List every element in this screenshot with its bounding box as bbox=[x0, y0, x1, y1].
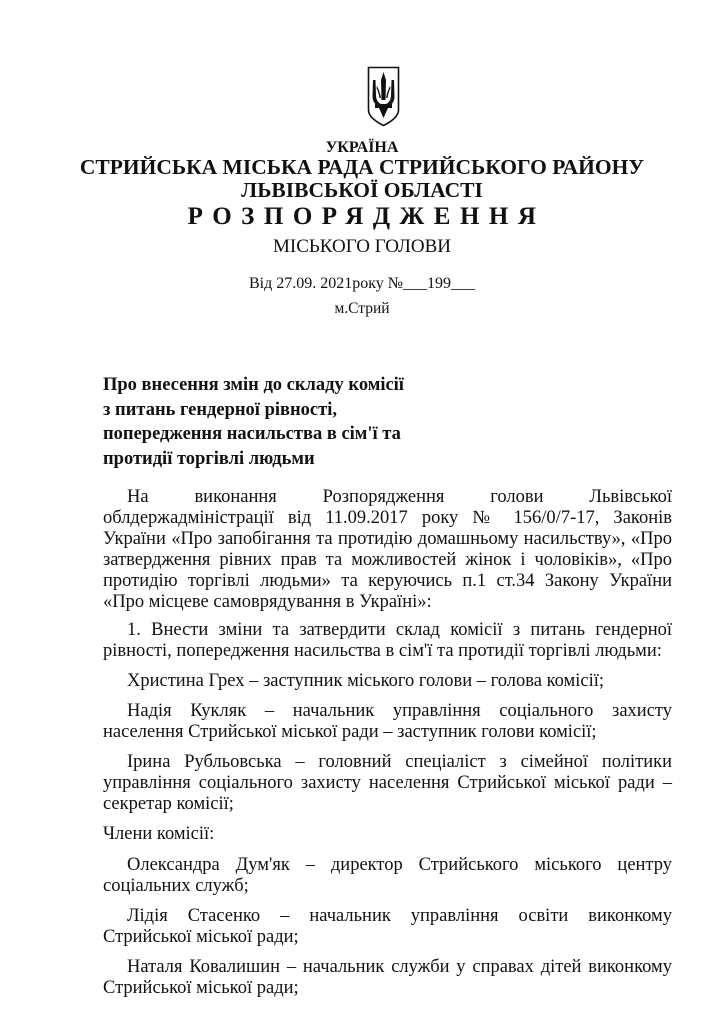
document-type-title: РОЗПОРЯДЖЕННЯ bbox=[0, 203, 724, 231]
commission-head-entry: Христина Грех – заступник міського голов… bbox=[103, 671, 672, 692]
council-name: СТРИЙСЬКА МІСЬКА РАДА СТРИЙСЬКОГО РАЙОНУ bbox=[0, 155, 724, 179]
member-entry: Наталя Ковалишин – начальник служби у сп… bbox=[103, 957, 672, 999]
members-heading: Члени комісії: bbox=[103, 824, 672, 845]
subject-line: з питань гендерної рівності, bbox=[103, 398, 423, 423]
date-number-line: Від 27.09. 2021року №___199___ bbox=[0, 275, 724, 293]
member-entry: Лідія Стасенко – начальник управління ос… bbox=[103, 906, 672, 948]
commission-secretary-entry: Ірина Рубльовська – головний спеціаліст … bbox=[103, 752, 672, 815]
subject-line: Про внесення змін до складу комісії bbox=[103, 373, 423, 398]
number-blank-after: ___ bbox=[451, 275, 475, 292]
place-of-issue: м.Стрий bbox=[0, 300, 724, 318]
document-body: На виконання Розпорядження голови Львівс… bbox=[103, 487, 672, 1008]
document-number: 199 bbox=[427, 275, 451, 292]
number-blank-before: ___ bbox=[403, 275, 427, 292]
preamble-paragraph: На виконання Розпорядження голови Львівс… bbox=[103, 487, 672, 613]
oblast-name: ЛЬВІВСЬКОЇ ОБЛАСТІ bbox=[0, 178, 724, 202]
item-1-paragraph: 1. Внести зміни та затвердити склад комі… bbox=[103, 620, 672, 662]
member-entry: Олександра Дум'як – директор Стрийського… bbox=[103, 855, 672, 897]
date-text: Від 27.09. 2021року № bbox=[249, 275, 403, 292]
subject-heading: Про внесення змін до складу комісії з пи… bbox=[103, 373, 423, 471]
subject-line: протидії торгівлі людьми bbox=[103, 447, 423, 472]
subject-line: попередження насильства в сім'ї та bbox=[103, 422, 423, 447]
coat-of-arms-icon bbox=[367, 66, 400, 127]
commission-deputy-entry: Надія Кукляк – начальник управління соці… bbox=[103, 701, 672, 743]
issuer-title: МІСЬКОГО ГОЛОВИ bbox=[0, 236, 724, 258]
